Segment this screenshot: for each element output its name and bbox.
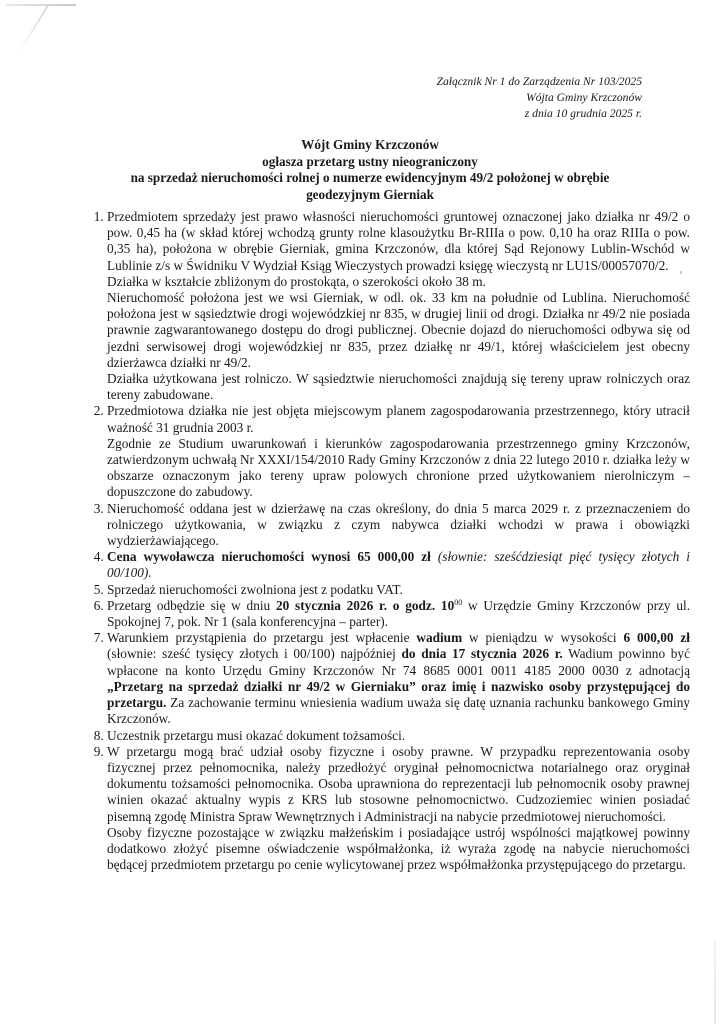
starting-price: Cena wywoławcza nieruchomości wynosi 65 …	[107, 549, 431, 564]
item-7-part-5: Za zachowanie terminu wniesienia wadium …	[107, 695, 690, 726]
scan-edge-shadow	[714, 940, 716, 1024]
item-6-text: Przetarg odbędzie się w dniu 20 stycznia…	[107, 598, 690, 630]
list-item-2: Przedmiotowa działka nie jest objęta mie…	[107, 403, 690, 500]
item-2-paragraph-2: Zgodnie ze Studium uwarunkowań i kierunk…	[107, 436, 690, 501]
scan-mark-diagonal	[18, 4, 50, 52]
item-9-paragraph-2: Osoby fizyczne pozostające w związku mał…	[107, 825, 690, 874]
attachment-line-3: z dnia 10 grudnia 2025 r.	[437, 106, 643, 122]
document-heading: Wójt Gminy Krzczonów ogłasza przetarg us…	[80, 137, 660, 203]
item-6-intro: Przetarg odbędzie się w dniu	[107, 598, 276, 613]
item-5-text: Sprzedaż nieruchomości zwolniona jest z …	[107, 582, 690, 598]
heading-line-1: Wójt Gminy Krzczonów	[80, 137, 660, 154]
deposit-amount: 6 000,00 zł	[623, 630, 690, 645]
item-7-text: Warunkiem przystąpienia do przetargu jes…	[107, 630, 690, 727]
heading-line-3: na sprzedaż nieruchomości rolnej o numer…	[80, 170, 660, 187]
attachment-line-2: Wójta Gminy Krzczonów	[437, 90, 643, 106]
scan-corner-mark	[0, 0, 80, 55]
list-item-4: Cena wywoławcza nieruchomości wynosi 65 …	[107, 549, 690, 581]
list-item-8: Uczestnik przetargu musi okazać dokument…	[107, 728, 690, 744]
list-item-1: Przedmiotem sprzedaży jest prawo własnoś…	[107, 209, 690, 403]
item-7-part-1: Warunkiem przystąpienia do przetargu jes…	[107, 630, 416, 645]
scan-mark-line	[6, 4, 76, 6]
list-item-6: Przetarg odbędzie się w dniu 20 stycznia…	[107, 598, 690, 630]
item-1-paragraph-3: Nieruchomość położona jest we wsi Gierni…	[107, 290, 690, 371]
item-8-text: Uczestnik przetargu musi okazać dokument…	[107, 728, 690, 744]
attachment-line-1: Załącznik Nr 1 do Zarządzenia Nr 103/202…	[437, 74, 643, 90]
auction-date: 20 stycznia 2026 r. o godz. 10	[276, 598, 454, 613]
list-item-5: Sprzedaż nieruchomości zwolniona jest z …	[107, 582, 690, 598]
item-1-paragraph-4: Działka użytkowana jest rolniczo. W sąsi…	[107, 371, 690, 403]
list-item-7: Warunkiem przystąpienia do przetargu jes…	[107, 630, 690, 727]
item-1-paragraph-2: Działka w kształcie zbliżonym do prostok…	[107, 274, 690, 290]
document-body: Przedmiotem sprzedaży jest prawo własnoś…	[70, 209, 690, 873]
list-item-9: W przetargu mogą brać udział osoby fizyc…	[107, 744, 690, 874]
attachment-note: Załącznik Nr 1 do Zarządzenia Nr 103/202…	[437, 74, 643, 122]
heading-line-2: ogłasza przetarg ustny nieograniczony	[80, 154, 660, 171]
item-7-part-3: (słownie: sześć tysięcy złotych i 00/100…	[107, 646, 402, 661]
item-7-part-2: w pieniądzu w wysokości	[462, 630, 623, 645]
list-item-3: Nieruchomość oddana jest w dzierżawę na …	[107, 501, 690, 550]
heading-line-4: geodezyjnym Gierniak	[80, 187, 660, 204]
item-3-text: Nieruchomość oddana jest w dzierżawę na …	[107, 501, 690, 550]
deposit-label: wadium	[416, 630, 462, 645]
terms-list: Przedmiotem sprzedaży jest prawo własnoś…	[70, 209, 690, 873]
deposit-deadline: do dnia 17 stycznia 2026 r.	[402, 646, 563, 661]
item-2-paragraph-1: Przedmiotowa działka nie jest objęta mie…	[107, 403, 690, 435]
item-9-paragraph-1: W przetargu mogą brać udział osoby fizyc…	[107, 744, 690, 825]
item-1-paragraph-1: Przedmiotem sprzedaży jest prawo własnoś…	[107, 209, 690, 274]
item-4-text: Cena wywoławcza nieruchomości wynosi 65 …	[107, 549, 690, 581]
